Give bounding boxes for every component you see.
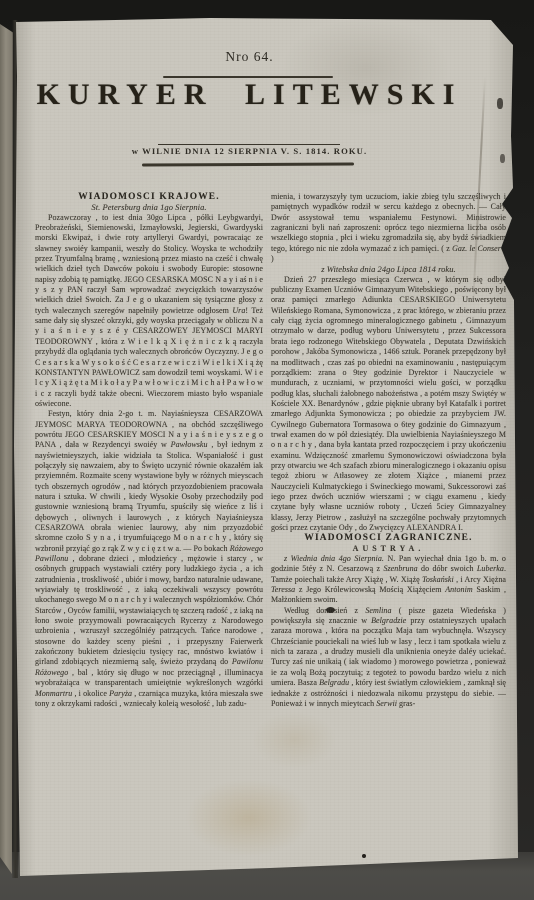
section-heading: WIADOMOSCI KRAJOWE. [35, 192, 263, 202]
article-paragraph: Dzień 27 przeszłego miesiąca Czerwca , w… [271, 275, 506, 534]
ink-speck [362, 854, 366, 858]
edge-stain [500, 154, 505, 163]
scanned-newspaper-screen: Nro 64. KURYER LITEWSKI w WILNIE DNIA 12… [0, 0, 534, 900]
news-column-left: WIADOMOSCI KRAJOWE.St. Petersburg dnia 1… [35, 192, 263, 798]
issue-number: Nro 64. [10, 49, 489, 65]
article-dateline: St. Petersburg dnia 1go Sierpnia. [35, 202, 263, 212]
article-paragraph: Festyn, który dnia 2-go t. m. Nayiaśniey… [35, 409, 263, 709]
section-heading: WIADOMOSCI ZAGRANICZNE. [271, 533, 506, 543]
ink-blot [326, 607, 335, 613]
issue-dateline: w WILNIE DNIA 12 SIERPNIA V. S. 1814. RO… [10, 146, 489, 156]
article-dateline: z Witebska dnia 24go Lipca 1814 roku. [271, 264, 506, 274]
dateline-rule-bottom [142, 163, 354, 167]
edge-stain [497, 98, 503, 109]
article-paragraph: Według doniesień z Semlina ( pisze gazet… [271, 606, 506, 709]
article-paragraph: mienia, i towarzyszyły tym uczuciom, iak… [271, 192, 506, 264]
newspaper-page: Nro 64. KURYER LITEWSKI w WILNIE DNIA 12… [10, 16, 518, 878]
country-heading: AUSTRYA. [271, 544, 506, 554]
article-paragraph: Pozawczoray , to iest dnia 30go Lipca , … [35, 213, 263, 410]
article-paragraph: z Wiednia dnia 4go Sierpnia. N. Pan wyie… [271, 554, 506, 606]
article-columns: WIADOMOSCI KRAJOWE.St. Petersburg dnia 1… [35, 192, 506, 798]
news-column-right: mienia, i towarzyszyły tym uczuciom, iak… [271, 192, 506, 798]
masthead-title: KURYER LITEWSKI [10, 78, 489, 112]
